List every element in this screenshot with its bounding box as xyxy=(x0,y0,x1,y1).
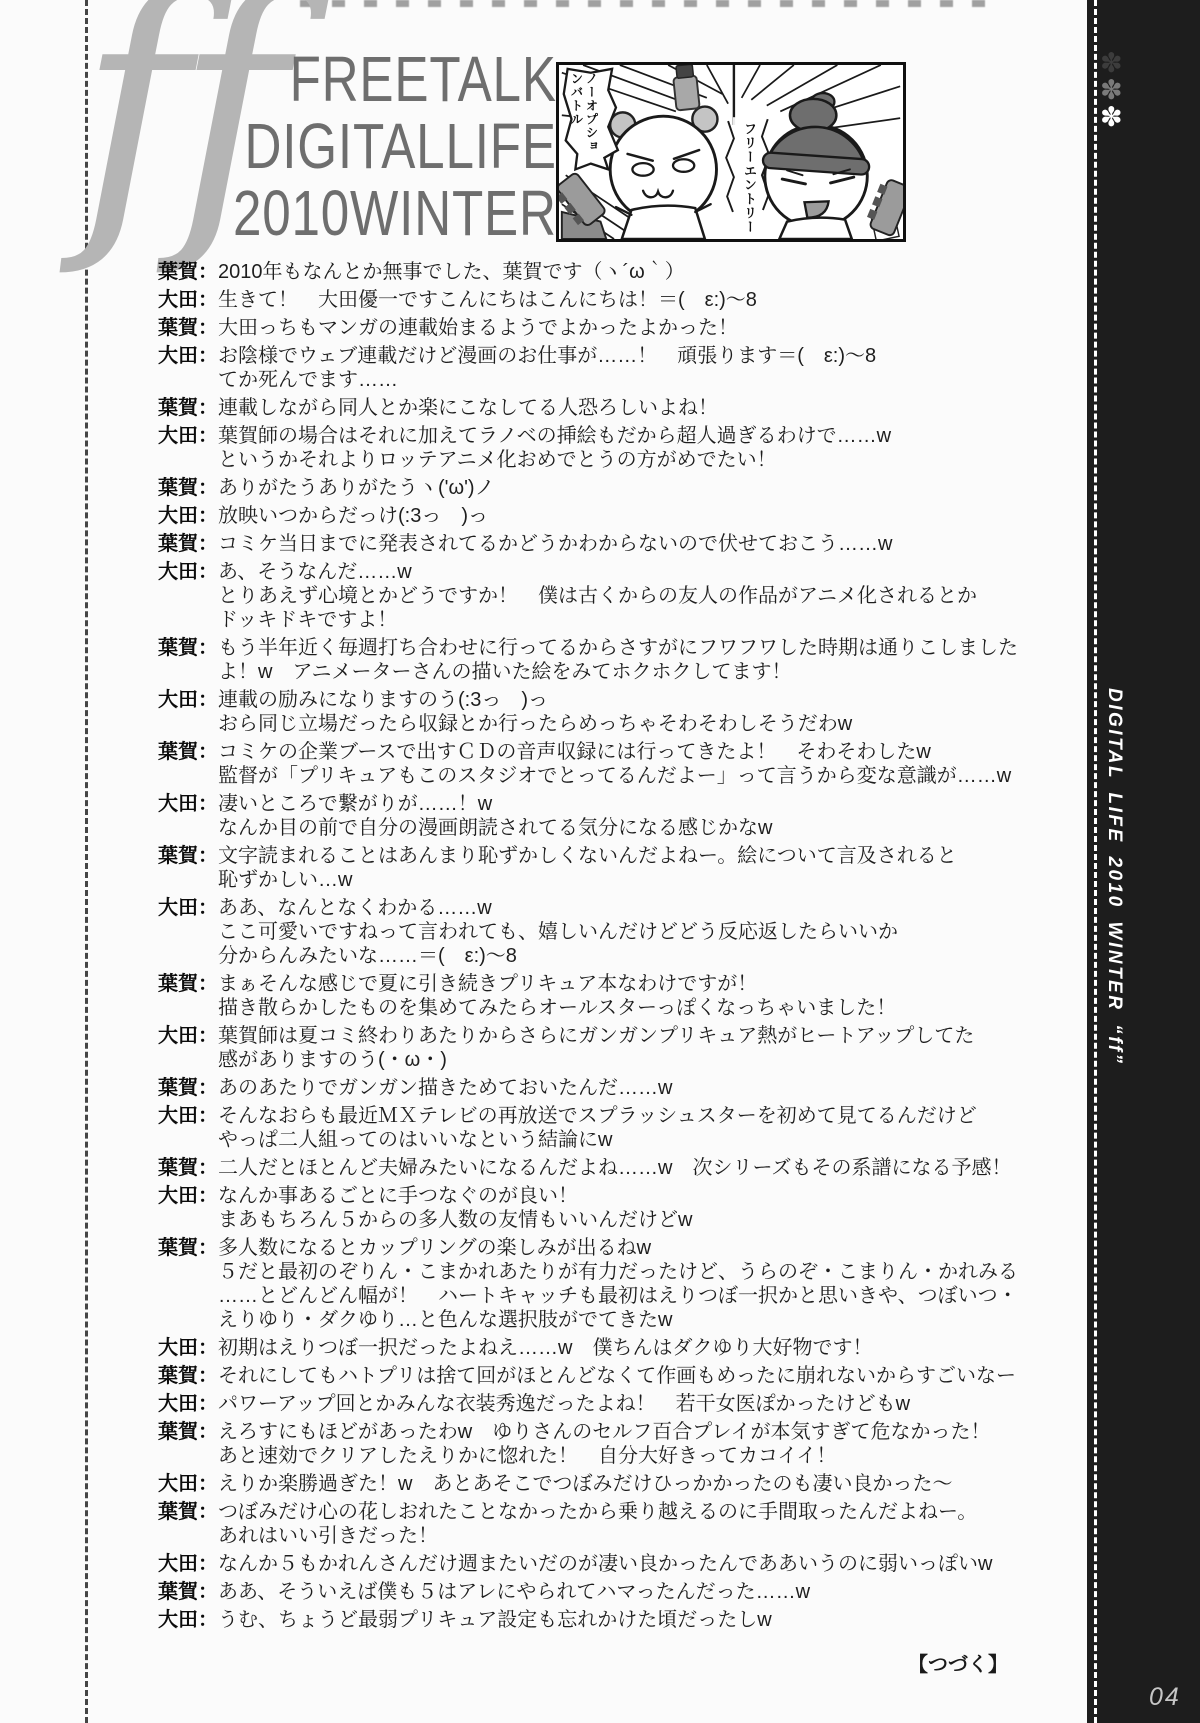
dialogue-line: てか死んでます…… xyxy=(218,368,1073,392)
dialogue-line: 凄いところで繋がりが……！w xyxy=(218,792,1073,816)
dialogue-entry: 葉賀： まぁそんな感じで夏に引き続きプリキュア本なわけですが！描き散らかしたもの… xyxy=(158,972,1073,1020)
dialogue-lines: ありがたうありがたうヽ('ω')ノ xyxy=(218,476,1073,500)
dialogue-entry: 大田： 凄いところで繋がりが……！wなんか目の前で自分の漫画朗読されてる気分にな… xyxy=(158,792,1073,840)
speaker-label: 葉賀： xyxy=(158,972,218,1020)
dialogue-entry: 葉賀： ありがたうありがたうヽ('ω')ノ xyxy=(158,476,1073,500)
dialogue-line: よ！w アニメーターさんの描いた絵をみてホクホクしてます！ xyxy=(218,660,1073,684)
dialogue-entry: 大田： なんか５もかれんさんだけ週またいだのが凄い良かったんでああいうのに弱いっ… xyxy=(158,1552,1073,1576)
dialogue-line: なんか事あるごとに手つなぐのが良い！ xyxy=(218,1184,1073,1208)
chibi-character-left xyxy=(610,65,717,239)
dialogue-lines: なんか事あるごとに手つなぐのが良い！まあもちろん５からの多人数の友情もいいんだけ… xyxy=(218,1184,1073,1232)
dialogue-entry: 大田： パワーアップ回とかみんな衣装秀逸だったよね！ 若干女医ぽかったけどもw xyxy=(158,1392,1073,1416)
dialogue-line: 葉賀師は夏コミ終わりあたりからさらにガンガンプリキュア熱がヒートアップしてた xyxy=(218,1024,1073,1048)
dialogue-line: もう半年近く毎週打ち合わせに行ってるからさすがにフワフワした時期は通りこしました xyxy=(218,636,1073,660)
dialogue-line: あ、そうなんだ……w xyxy=(218,560,1073,584)
dialogue-entry: 大田： あ、そうなんだ……wとりあえず心境とかどうですか！ 僕は古くからの友人の… xyxy=(158,560,1073,632)
dialogue-line: まあもちろん５からの多人数の友情もいいんだけどw xyxy=(218,1208,1073,1232)
sidebar-vertical-title: DIGITAL LIFE 2010 WINTER “ff” xyxy=(1103,688,1125,1066)
right-sidebar: ✽ ✽ ✽ DIGITAL LIFE 2010 WINTER “ff” 04 xyxy=(1087,0,1200,1723)
dialogue-entry: 葉賀： 2010年もなんとか無事でした、葉賀です（ヽ´ω｀） xyxy=(158,260,1073,284)
dialogue-lines: 大田っちもマンガの連載始まるようでよかったよかった！ xyxy=(218,316,1073,340)
page-number: 04 xyxy=(1149,1683,1181,1712)
dialogue-lines: つぼみだけ心の花しおれたことなかったから乗り越えるのに手間取ったんだよねー。あれ… xyxy=(218,1500,1073,1548)
dialogue-lines: ああ、そういえば僕も５はアレにやられてハマったんだった……w xyxy=(218,1580,1073,1604)
dialogue-line: 監督が「プリキュアもこのスタジオでとってるんだよー」って言うから変な意識が……w xyxy=(218,764,1073,788)
dialogue-line: あと速効でクリアしたえりかに惚れた！ 自分大好きってカコイイ！ xyxy=(218,1444,1073,1468)
dialogue-entry: 大田： えりか楽勝過ぎた！w あとあそこでつぼみだけひっかかったのも凄い良かった… xyxy=(158,1472,1073,1496)
dialogue-lines: 文字読まれることはあんまり恥ずかしくないんだよねー。絵について言及されると恥ずか… xyxy=(218,844,1073,892)
mech-object-left xyxy=(559,172,607,239)
speaker-label: 葉賀： xyxy=(158,1580,218,1604)
title-line-2010winter: 2010WINTER xyxy=(233,180,557,247)
dialogue-lines: 葉賀師の場合はそれに加えてラノベの挿絵もだから超人過ぎるわけで……wというかそれ… xyxy=(218,424,1073,472)
to-be-continued: 【つづく】 xyxy=(158,1648,1008,1677)
dialogue-line: つぼみだけ心の花しおれたことなかったから乗り越えるのに手間取ったんだよねー。 xyxy=(218,1500,1073,1524)
dialogue-line: それにしてもハトプリは捨て回がほとんどなくて作画もめったに崩れないからすごいなー xyxy=(218,1364,1073,1388)
dialogue-line: 大田っちもマンガの連載始まるようでよかったよかった！ xyxy=(218,316,1073,340)
dialogue-line: 恥ずかしい…w xyxy=(218,868,1073,892)
speaker-label: 大田： xyxy=(158,1552,218,1576)
dialogue-entry: 葉賀： あのあたりでガンガン描きためておいたんだ……w xyxy=(158,1076,1073,1100)
flower-icon: ✽ xyxy=(1100,104,1123,131)
dialogue-lines: 葉賀師は夏コミ終わりあたりからさらにガンガンプリキュア熱がヒートアップしてた感が… xyxy=(218,1024,1073,1072)
dialogue-line: ここ可愛いですねって言われても、嬉しいんだけどどう反応返したらいいか xyxy=(218,920,1073,944)
dialogue-line: あのあたりでガンガン描きためておいたんだ……w xyxy=(218,1076,1073,1100)
dialogue-entry: 大田： 初期はえりつぼ一択だったよねえ……w 僕ちんはダクゆり大好物です！ xyxy=(158,1336,1073,1360)
dialogue-lines: えろすにもほどがあったわw ゆりさんのセルフ百合プレイが本気すぎて危なかった！あ… xyxy=(218,1420,1073,1468)
speaker-label: 葉賀： xyxy=(158,396,218,420)
dialogue-lines: 2010年もなんとか無事でした、葉賀です（ヽ´ω｀） xyxy=(218,260,1073,284)
speaker-label: 葉賀： xyxy=(158,1076,218,1100)
dialogue-line: お陰様でウェブ連載だけど漫画のお仕事が……！ 頑張ります＝( ε:)～8 xyxy=(218,344,1073,368)
dialogue-lines: お陰様でウェブ連載だけど漫画のお仕事が……！ 頑張ります＝( ε:)～8てか死ん… xyxy=(218,344,1073,392)
dialogue-line: 分からんみたいな……＝( ε:)～8 xyxy=(218,944,1073,968)
dialogue-lines: まぁそんな感じで夏に引き続きプリキュア本なわけですが！描き散らかしたものを集めて… xyxy=(218,972,1073,1020)
doujin-freetalk-page: ff FREETALK DIGITALLIFE 2010WINTER xyxy=(0,0,1200,1723)
dialogue-line: とりあえず心境とかどうですか！ 僕は古くからの友人の作品がアニメ化されるとか xyxy=(218,584,1073,608)
dialogue-line: なんか５もかれんさんだけ週またいだのが凄い良かったんでああいうのに弱いっぽいw xyxy=(218,1552,1073,1576)
dialogue-line: うむ、ちょうど最弱プリキュア設定も忘れかけた頃だったしw xyxy=(218,1608,1073,1632)
mech-object-right xyxy=(864,177,903,239)
dialogue-line: 初期はえりつぼ一択だったよねえ……w 僕ちんはダクゆり大好物です！ xyxy=(218,1336,1073,1360)
dialogue-line: 多人数になるとカップリングの楽しみが出るねw xyxy=(218,1236,1073,1260)
speaker-label: 大田： xyxy=(158,792,218,840)
dialogue-line: えろすにもほどがあったわw ゆりさんのセルフ百合プレイが本気すぎて危なかった！ xyxy=(218,1420,1073,1444)
speaker-label: 大田： xyxy=(158,1472,218,1496)
flower-icon: ✽ xyxy=(1100,50,1123,77)
dialogue-entry: 大田： 連載の励みになりますのう(:3っ )っおら同じ立場だったら収録とか行った… xyxy=(158,688,1073,736)
speaker-label: 大田： xyxy=(158,1392,218,1416)
speaker-label: 大田： xyxy=(158,344,218,392)
speaker-label: 葉賀： xyxy=(158,636,218,684)
dialogue-line: コミケの企業ブースで出すＣＤの音声収録には行ってきたよ！ そわそわしたw xyxy=(218,740,1073,764)
dialogue-lines: うむ、ちょうど最弱プリキュア設定も忘れかけた頃だったしw xyxy=(218,1608,1073,1632)
speaker-label: 大田： xyxy=(158,1104,218,1152)
comic-illustration-art xyxy=(559,65,903,239)
page-title: FREETALK DIGITALLIFE 2010WINTER xyxy=(152,46,557,247)
dialogue-entry: 葉賀： コミケ当日までに発表されてるかどうかわからないので伏せておこう……w xyxy=(158,532,1073,556)
speaker-label: 大田： xyxy=(158,424,218,472)
dialogue-entry: 葉賀： もう半年近く毎週打ち合わせに行ってるからさすがにフワフワした時期は通りこ… xyxy=(158,636,1073,684)
dialogue-lines: あ、そうなんだ……wとりあえず心境とかどうですか！ 僕は古くからの友人の作品がア… xyxy=(218,560,1073,632)
dialogue-line: えりか楽勝過ぎた！w あとあそこでつぼみだけひっかかったのも凄い良かった～ xyxy=(218,1472,1073,1496)
dialogue-lines: ああ、なんとなくわかる……wここ可愛いですねって言われても、嬉しいんだけどどう反… xyxy=(218,896,1073,968)
speaker-label: 大田： xyxy=(158,504,218,528)
speaker-label: 葉賀： xyxy=(158,740,218,788)
dialogue-lines: あのあたりでガンガン描きためておいたんだ……w xyxy=(218,1076,1073,1100)
freetalk-dialogue: 葉賀： 2010年もなんとか無事でした、葉賀です（ヽ´ω｀） 大田： 生きて！ … xyxy=(158,260,1073,1636)
dialogue-entry: 大田： 生きて！ 大田優一ですこんにちはこんにちは！＝( ε:)～8 xyxy=(158,288,1073,312)
dialogue-line: ああ、そういえば僕も５はアレにやられてハマったんだった……w xyxy=(218,1580,1073,1604)
illustration-center-text: フリーエントリー xyxy=(742,122,757,240)
dialogue-entry: 大田： 放映いつからだっけ(:3っ )っ xyxy=(158,504,1073,528)
dialogue-lines: 凄いところで繋がりが……！wなんか目の前で自分の漫画朗読されてる気分になる感じか… xyxy=(218,792,1073,840)
chibi-character-right xyxy=(762,93,869,239)
dialogue-lines: なんか５もかれんさんだけ週またいだのが凄い良かったんでああいうのに弱いっぽいw xyxy=(218,1552,1073,1576)
dialogue-line: まぁそんな感じで夏に引き続きプリキュア本なわけですが！ xyxy=(218,972,1073,996)
dialogue-line: ……とどんどん幅が！ ハートキャッチも最初はえりつぼ一択かと思いきや、つぼいつ・ xyxy=(218,1284,1073,1308)
speech-bubble-text: ノーオプションバトル xyxy=(568,72,598,154)
dialogue-line: なんか目の前で自分の漫画朗読されてる気分になる感じかなw xyxy=(218,816,1073,840)
dialogue-entry: 葉賀： 多人数になるとカップリングの楽しみが出るねw５だと最初のぞりん・こまかれ… xyxy=(158,1236,1073,1332)
dialogue-line: 感がありますのう(・ω・) xyxy=(218,1048,1073,1072)
dialogue-line: えりゆり・ダクゆり…と色んな選択肢がでてきたw xyxy=(218,1308,1073,1332)
dialogue-entry: 葉賀： ああ、そういえば僕も５はアレにやられてハマったんだった……w xyxy=(158,1580,1073,1604)
dialogue-line: ５だと最初のぞりん・こまかれあたりが有力だったけど、うらのぞ・こまりん・かれみる xyxy=(218,1260,1073,1284)
dialogue-line: そんなおらも最近ＭＸテレビの再放送でスプラッシュスターを初めて見てるんだけど xyxy=(218,1104,1073,1128)
dialogue-line: というかそれよりロッテアニメ化おめでとうの方がめでたい！ xyxy=(218,448,1073,472)
speaker-label: 大田： xyxy=(158,896,218,968)
speaker-label: 葉賀： xyxy=(158,1420,218,1468)
dialogue-line: 放映いつからだっけ(:3っ )っ xyxy=(218,504,1073,528)
dialogue-entry: 大田： お陰様でウェブ連載だけど漫画のお仕事が……！ 頑張ります＝( ε:)～8… xyxy=(158,344,1073,392)
dialogue-line: 生きて！ 大田優一ですこんにちはこんにちは！＝( ε:)～8 xyxy=(218,288,1073,312)
scan-artifact-top xyxy=(300,0,990,7)
speaker-label: 大田： xyxy=(158,1184,218,1232)
dialogue-lines: もう半年近く毎週打ち合わせに行ってるからさすがにフワフワした時期は通りこしました… xyxy=(218,636,1073,684)
dialogue-lines: えりか楽勝過ぎた！w あとあそこでつぼみだけひっかかったのも凄い良かった～ xyxy=(218,1472,1073,1496)
dialogue-entry: 大田： そんなおらも最近ＭＸテレビの再放送でスプラッシュスターを初めて見てるんだ… xyxy=(158,1104,1073,1152)
dialogue-line: ありがたうありがたうヽ('ω')ノ xyxy=(218,476,1073,500)
dialogue-line: 2010年もなんとか無事でした、葉賀です（ヽ´ω｀） xyxy=(218,260,1073,284)
dialogue-line: あれはいい引きだった！ xyxy=(218,1524,1073,1548)
dialogue-entry: 大田： 葉賀師は夏コミ終わりあたりからさらにガンガンプリキュア熱がヒートアップし… xyxy=(158,1024,1073,1072)
dialogue-entry: 葉賀： つぼみだけ心の花しおれたことなかったから乗り越えるのに手間取ったんだよね… xyxy=(158,1500,1073,1548)
comic-illustration: ノーオプションバトル フリーエントリー xyxy=(556,62,906,242)
dialogue-line: コミケ当日までに発表されてるかどうかわからないので伏せておこう……w xyxy=(218,532,1073,556)
dialogue-entry: 大田： ああ、なんとなくわかる……wここ可愛いですねって言われても、嬉しいんだけ… xyxy=(158,896,1073,968)
title-line-digitallife: DIGITALLIFE xyxy=(233,113,557,180)
dialogue-entry: 葉賀： 連載しながら同人とか楽にこなしてる人恐ろしいよね！ xyxy=(158,396,1073,420)
speaker-label: 葉賀： xyxy=(158,532,218,556)
dialogue-lines: コミケ当日までに発表されてるかどうかわからないので伏せておこう……w xyxy=(218,532,1073,556)
speaker-label: 葉賀： xyxy=(158,844,218,892)
dialogue-line: ドッキドキですよ！ xyxy=(218,608,1073,632)
dialogue-line: 文字読まれることはあんまり恥ずかしくないんだよねー。絵について言及されると xyxy=(218,844,1073,868)
dialogue-entry: 葉賀： 文字読まれることはあんまり恥ずかしくないんだよねー。絵について言及される… xyxy=(158,844,1073,892)
speaker-label: 大田： xyxy=(158,688,218,736)
dialogue-lines: パワーアップ回とかみんな衣装秀逸だったよね！ 若干女医ぽかったけどもw xyxy=(218,1392,1073,1416)
dialogue-line: やっぱ二人組ってのはいいなという結論にw xyxy=(218,1128,1073,1152)
speaker-label: 大田： xyxy=(158,1024,218,1072)
dialogue-lines: 放映いつからだっけ(:3っ )っ xyxy=(218,504,1073,528)
speaker-label: 葉賀： xyxy=(158,1236,218,1332)
dialogue-entry: 大田： うむ、ちょうど最弱プリキュア設定も忘れかけた頃だったしw xyxy=(158,1608,1073,1632)
dialogue-lines: そんなおらも最近ＭＸテレビの再放送でスプラッシュスターを初めて見てるんだけどやっ… xyxy=(218,1104,1073,1152)
dialogue-lines: 生きて！ 大田優一ですこんにちはこんにちは！＝( ε:)～8 xyxy=(218,288,1073,312)
speaker-label: 大田： xyxy=(158,1608,218,1632)
dialogue-line: パワーアップ回とかみんな衣装秀逸だったよね！ 若干女医ぽかったけどもw xyxy=(218,1392,1073,1416)
dialogue-lines: それにしてもハトプリは捨て回がほとんどなくて作画もめったに崩れないからすごいなー xyxy=(218,1364,1073,1388)
flower-icon: ✽ xyxy=(1100,77,1123,104)
speaker-label: 大田： xyxy=(158,560,218,632)
dialogue-line: おら同じ立場だったら収録とか行ったらめっちゃそわそわしそうだわw xyxy=(218,712,1073,736)
speaker-label: 大田： xyxy=(158,288,218,312)
dialogue-line: 連載しながら同人とか楽にこなしてる人恐ろしいよね！ xyxy=(218,396,1073,420)
dialogue-entry: 葉賀： えろすにもほどがあったわw ゆりさんのセルフ百合プレイが本気すぎて危なか… xyxy=(158,1420,1073,1468)
dialogue-lines: 初期はえりつぼ一択だったよねえ……w 僕ちんはダクゆり大好物です！ xyxy=(218,1336,1073,1360)
dialogue-entry: 葉賀： 二人だとほとんど夫婦みたいになるんだよね……w 次シリーズもその系譜にな… xyxy=(158,1156,1073,1180)
dialogue-entry: 葉賀： 大田っちもマンガの連載始まるようでよかったよかった！ xyxy=(158,316,1073,340)
speaker-label: 葉賀： xyxy=(158,260,218,284)
speaker-label: 葉賀： xyxy=(158,1156,218,1180)
dialogue-entry: 葉賀： それにしてもハトプリは捨て回がほとんどなくて作画もめったに崩れないからす… xyxy=(158,1364,1073,1388)
dialogue-lines: 多人数になるとカップリングの楽しみが出るねw５だと最初のぞりん・こまかれあたりが… xyxy=(218,1236,1073,1332)
dialogue-entry: 大田： 葉賀師の場合はそれに加えてラノベの挿絵もだから超人過ぎるわけで……wとい… xyxy=(158,424,1073,472)
dialogue-entry: 葉賀： コミケの企業ブースで出すＣＤの音声収録には行ってきたよ！ そわそわしたw… xyxy=(158,740,1073,788)
dialogue-lines: コミケの企業ブースで出すＣＤの音声収録には行ってきたよ！ そわそわしたw監督が「… xyxy=(218,740,1073,788)
speaker-label: 葉賀： xyxy=(158,316,218,340)
dialogue-lines: 連載の励みになりますのう(:3っ )っおら同じ立場だったら収録とか行ったらめっち… xyxy=(218,688,1073,736)
dialogue-lines: 連載しながら同人とか楽にこなしてる人恐ろしいよね！ xyxy=(218,396,1073,420)
dialogue-line: 連載の励みになりますのう(:3っ )っ xyxy=(218,688,1073,712)
speaker-label: 葉賀： xyxy=(158,476,218,500)
dialogue-line: 二人だとほとんど夫婦みたいになるんだよね……w 次シリーズもその系譜になる予感！ xyxy=(218,1156,1073,1180)
title-line-freetalk: FREETALK xyxy=(233,46,557,113)
dialogue-lines: 二人だとほとんど夫婦みたいになるんだよね……w 次シリーズもその系譜になる予感！ xyxy=(218,1156,1073,1180)
dialogue-entry: 大田： なんか事あるごとに手つなぐのが良い！まあもちろん５からの多人数の友情もい… xyxy=(158,1184,1073,1232)
dialogue-line: 描き散らかしたものを集めてみたらオールスターっぽくなっちゃいました！ xyxy=(218,996,1073,1020)
dialogue-line: ああ、なんとなくわかる……w xyxy=(218,896,1073,920)
dialogue-line: 葉賀師の場合はそれに加えてラノベの挿絵もだから超人過ぎるわけで……w xyxy=(218,424,1073,448)
speaker-label: 葉賀： xyxy=(158,1364,218,1388)
speaker-label: 葉賀： xyxy=(158,1500,218,1548)
speaker-label: 大田： xyxy=(158,1336,218,1360)
